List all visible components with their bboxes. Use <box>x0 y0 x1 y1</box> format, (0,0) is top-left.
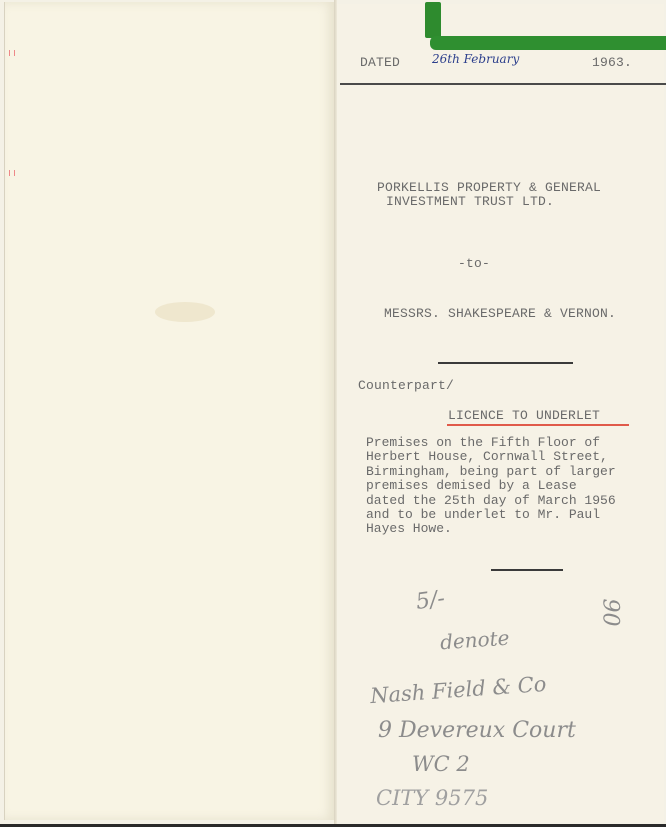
title-red-underline <box>447 424 629 426</box>
description-line: Herbert House, Cornwall Street, <box>366 450 666 464</box>
red-margin-tick <box>9 170 15 176</box>
dated-label: DATED <box>360 55 400 70</box>
dated-handwritten: 26th February <box>432 52 519 66</box>
party-two: MESSRS. SHAKESPEARE & VERNON. <box>384 306 616 321</box>
party-one-line2: INVESTMENT TRUST LTD. <box>386 194 554 209</box>
year: 1963. <box>592 55 632 70</box>
pencil-margin-number: 90 <box>598 599 623 627</box>
pencil-address: 9 Devereux Court <box>378 718 576 743</box>
left-folded-page <box>4 2 335 820</box>
counterpart-label: Counterpart/ <box>358 378 454 393</box>
description-line: premises demised by a Lease <box>366 479 666 493</box>
red-margin-tick <box>9 50 15 56</box>
description-line: Birmingham, being part of larger <box>366 465 666 479</box>
description-line: Hayes Howe. <box>366 522 666 536</box>
document-title: LICENCE TO UNDERLET <box>448 408 600 423</box>
green-ribbon-band <box>430 36 666 50</box>
pencil-postal: WC 2 <box>412 752 470 776</box>
description-line: Premises on the Fifth Floor of <box>366 436 666 450</box>
description-line: and to be underlet to Mr. Paul <box>366 508 666 522</box>
section-rule <box>438 362 573 364</box>
green-ribbon-tie <box>425 2 441 38</box>
paper-stain <box>155 302 215 322</box>
description-line: dated the 25th day of March 1956 <box>366 494 666 508</box>
header-rule <box>340 83 666 85</box>
connector-to: -to- <box>458 256 490 271</box>
pencil-phone: CITY 9575 <box>376 786 488 810</box>
closing-rule <box>491 569 563 571</box>
pencil-fee: 5/- <box>414 586 446 615</box>
pencil-word: denote <box>439 626 510 655</box>
premises-description: Premises on the Fifth Floor of Herbert H… <box>366 436 666 537</box>
party-one-line1: PORKELLIS PROPERTY & GENERAL <box>377 180 601 195</box>
